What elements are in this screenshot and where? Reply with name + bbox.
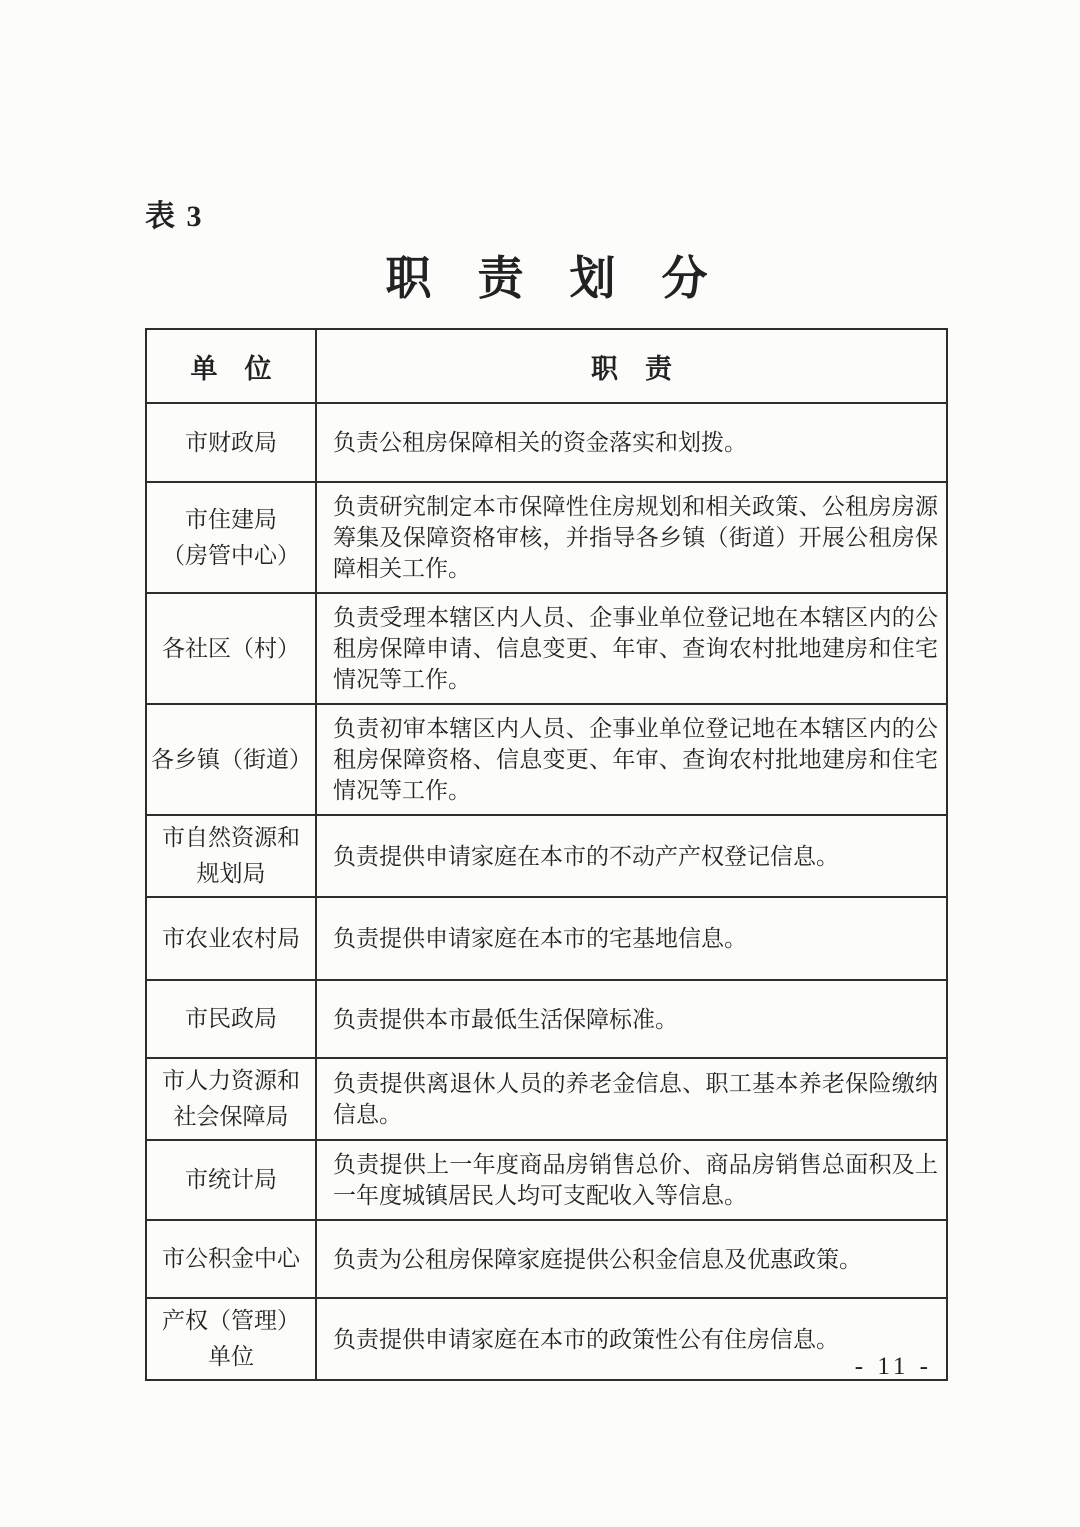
unit-cell: 市住建局 （房管中心） bbox=[146, 482, 316, 593]
duty-cell: 负责提供申请家庭在本市的不动产产权登记信息。 bbox=[316, 815, 947, 897]
unit-cell: 市公积金中心 bbox=[146, 1220, 316, 1298]
duty-cell: 负责受理本辖区内人员、企事业单位登记地在本辖区内的公租房保障申请、信息变更、年审… bbox=[316, 593, 947, 704]
duty-cell: 负责公租房保障相关的资金落实和划拨。 bbox=[316, 403, 947, 482]
table-row: 市住建局 （房管中心） 负责研究制定本市保障性住房规划和相关政策、公租房房源筹集… bbox=[146, 482, 947, 593]
table-label: 表 3 bbox=[145, 191, 204, 235]
table-header: 单 位 职 责 bbox=[146, 329, 947, 403]
unit-cell: 市自然资源和 规划局 bbox=[146, 815, 316, 897]
table-row: 产权（管理） 单位 负责提供申请家庭在本市的政策性公有住房信息。 bbox=[146, 1298, 947, 1380]
unit-cell: 市人力资源和 社会保障局 bbox=[146, 1058, 316, 1140]
document-page: 表 3 职 责 划 分 单 位 职 责 市财政局 负责公租房保障相关的资金落实和… bbox=[0, 0, 1080, 1527]
table-row: 各乡镇（街道） 负责初审本辖区内人员、企事业单位登记地在本辖区内的公租房保障资格… bbox=[146, 704, 947, 815]
unit-cell: 市民政局 bbox=[146, 980, 316, 1058]
duty-cell: 负责提供申请家庭在本市的宅基地信息。 bbox=[316, 897, 947, 980]
duty-cell: 负责提供离退休人员的养老金信息、职工基本养老保险缴纳信息。 bbox=[316, 1058, 947, 1140]
unit-cell: 市统计局 bbox=[146, 1140, 316, 1220]
duty-cell: 负责提供上一年度商品房销售总价、商品房销售总面积及上一年度城镇居民人均可支配收入… bbox=[316, 1140, 947, 1220]
table-row: 市自然资源和 规划局 负责提供申请家庭在本市的不动产产权登记信息。 bbox=[146, 815, 947, 897]
unit-cell: 市农业农村局 bbox=[146, 897, 316, 980]
table-row: 市农业农村局 负责提供申请家庭在本市的宅基地信息。 bbox=[146, 897, 947, 980]
duty-cell: 负责提供申请家庭在本市的政策性公有住房信息。 bbox=[316, 1298, 947, 1380]
table-header-duty: 职 责 bbox=[316, 329, 947, 403]
table-row: 市人力资源和 社会保障局 负责提供离退休人员的养老金信息、职工基本养老保险缴纳信… bbox=[146, 1058, 947, 1140]
table-row: 各社区（村） 负责受理本辖区内人员、企事业单位登记地在本辖区内的公租房保障申请、… bbox=[146, 593, 947, 704]
duty-cell: 负责提供本市最低生活保障标准。 bbox=[316, 980, 947, 1058]
table-row: 市公积金中心 负责为公租房保障家庭提供公积金信息及优惠政策。 bbox=[146, 1220, 947, 1298]
page-number: - 11 - bbox=[855, 1353, 932, 1381]
table-header-unit: 单 位 bbox=[146, 329, 316, 403]
unit-cell: 各乡镇（街道） bbox=[146, 704, 316, 815]
duty-cell: 负责初审本辖区内人员、企事业单位登记地在本辖区内的公租房保障资格、信息变更、年审… bbox=[316, 704, 947, 815]
table-row: 市统计局 负责提供上一年度商品房销售总价、商品房销售总面积及上一年度城镇居民人均… bbox=[146, 1140, 947, 1220]
page-title: 职 责 划 分 bbox=[145, 242, 948, 308]
table-row: 市财政局 负责公租房保障相关的资金落实和划拨。 bbox=[146, 403, 947, 482]
responsibilities-table: 单 位 职 责 市财政局 负责公租房保障相关的资金落实和划拨。 市住建局 （房管… bbox=[145, 328, 948, 1381]
duty-cell: 负责为公租房保障家庭提供公积金信息及优惠政策。 bbox=[316, 1220, 947, 1298]
unit-cell: 产权（管理） 单位 bbox=[146, 1298, 316, 1380]
table-row: 市民政局 负责提供本市最低生活保障标准。 bbox=[146, 980, 947, 1058]
table-header-row: 单 位 职 责 bbox=[146, 329, 947, 403]
table-body: 市财政局 负责公租房保障相关的资金落实和划拨。 市住建局 （房管中心） 负责研究… bbox=[146, 403, 947, 1380]
unit-cell: 市财政局 bbox=[146, 403, 316, 482]
duty-cell: 负责研究制定本市保障性住房规划和相关政策、公租房房源筹集及保障资格审核，并指导各… bbox=[316, 482, 947, 593]
unit-cell: 各社区（村） bbox=[146, 593, 316, 704]
